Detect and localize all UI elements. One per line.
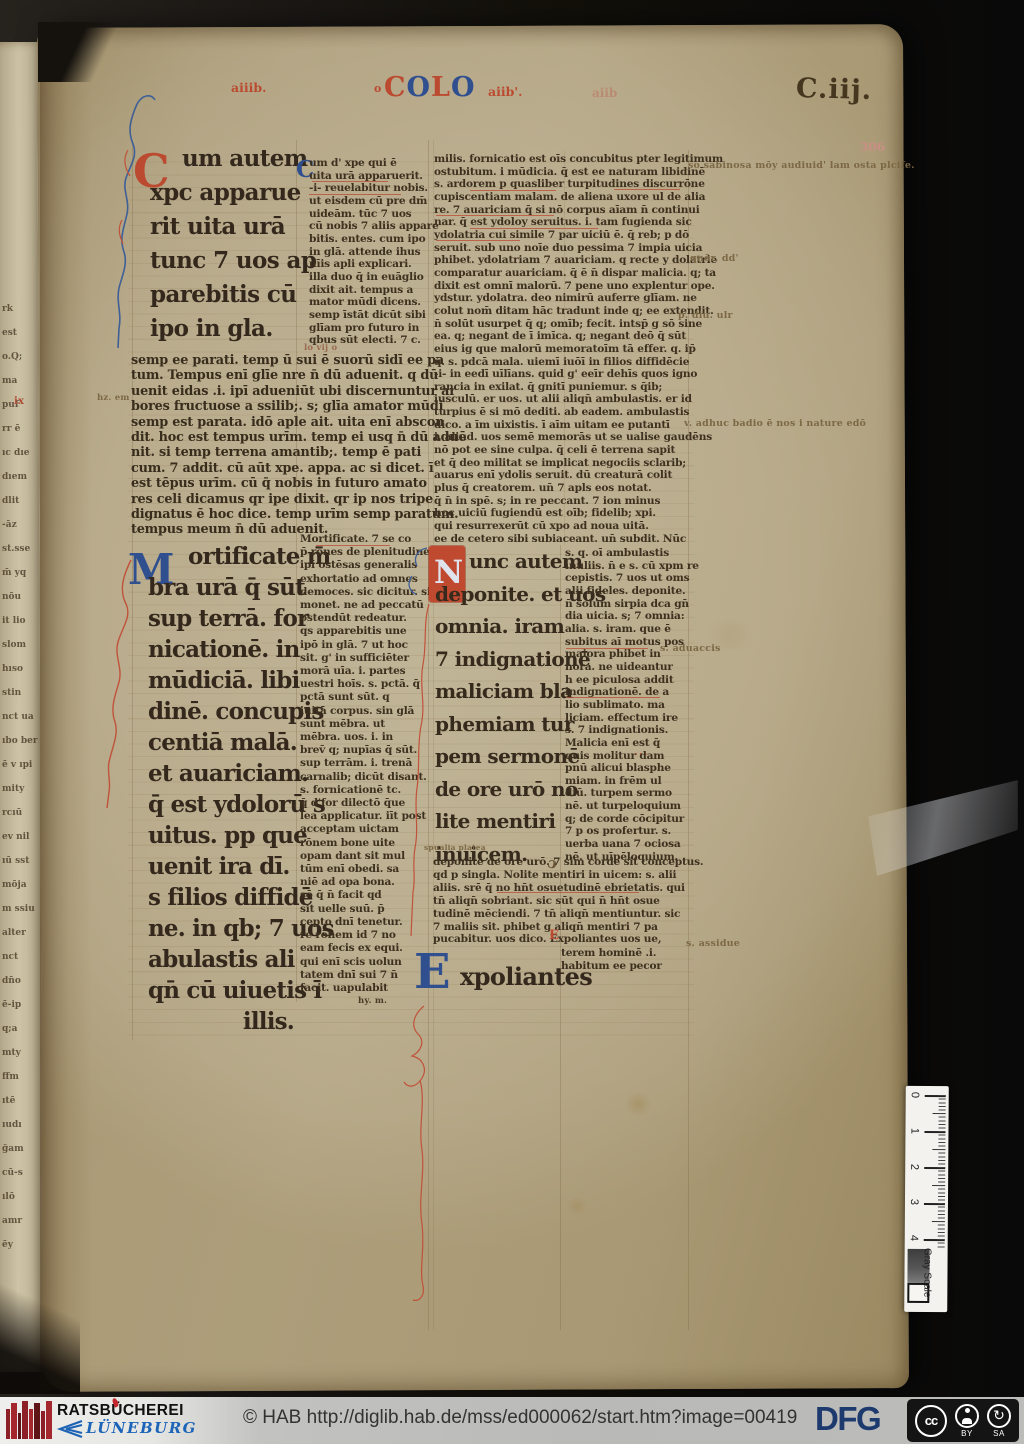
text-line: dia uicia. s; 7 omnia: [565,610,689,623]
attribution-footer: RATSBÜCHEREI LÜNEBURG © HAB http://digli… [0,1397,1024,1444]
text-line: cepistis. 7 uos ut oms [565,572,689,585]
text-line: -i- in eedī uīlīans. quid g' eeīr dehīs … [434,368,690,381]
edge-fragment: ma [2,369,34,393]
text-line: nicationē. in [148,634,300,665]
text-line: quis molitur dam [565,750,689,763]
text-line: glīam pro futuro in [309,322,433,335]
text-line: tudinē mēciendi. 7 tn̄ aliqn̄ mentiuntur… [433,908,689,921]
margin-note: s. assidue [686,938,740,949]
title-letter: L [431,72,451,103]
text-line: maliciam bla [435,675,565,708]
gray-scale-label: Gray Scale [921,1248,932,1298]
edge-fragment: o.Q; [2,345,34,369]
text-line: miam. in frēm ul [565,775,689,788]
page-corner-shadow-bottom [0,1272,80,1394]
text-line: illis. [148,1006,300,1037]
text-line: dignatus ē hoc dice. temp urīm semp para… [131,507,433,522]
edge-fragment: ev nil [2,825,34,849]
text-line: dinē. concupis [148,696,300,727]
text-line: deponite. et uos [435,578,565,611]
text-line: sit. g' in sufficiēter [300,652,433,665]
text-line: semp est parata. idō aple ait. uita enī … [131,415,433,430]
edge-fragment: -āz [2,513,34,537]
text-line: uestri hoīs. s. pctā. q̄ [300,678,433,691]
text-line: n̄ solum sirpia dca gn̄ [565,598,689,611]
edge-fragment: slom [2,633,34,657]
edge-fragment: m̄ yq [2,561,34,585]
text-line: ipō in glā. 7 ut hoc [300,639,433,652]
text-line: tunc 7 uos ap [150,244,300,278]
text-line: pctā sunt sūt. q [300,691,433,704]
text-line: qd p singla. Nolite mentiri in uicem: s.… [433,869,689,882]
text-line: tn̄ aliqn̄ sobriant. sic sūt qui n̄ hn̄t… [433,895,689,908]
text-line: plus q̄ creatorem. un̄ 7 apls eos notat. [434,482,690,495]
decorated-initial-e: E [414,948,451,996]
text-line: carnalib; dicūt disant. [300,771,433,784]
text-line: s. q. oī ambulastis [565,547,689,560]
text-line: semp īstāt dicūt sibi [309,309,433,322]
margin-note: hz. em [97,393,130,403]
text-line: est tēpus urīm. cū q̄ nobis in futuro am… [131,476,433,491]
lemma-underline [566,697,660,698]
text-line: niē ad opa bona. [300,876,433,889]
edge-fragment: stin [2,681,34,705]
text-line: brev̄ q; nupīas q̄ sūt. [300,744,433,757]
lemma-underline [470,190,556,191]
gloss-column2-top: um d' xpe qui ēuita urā apparuerit.-i- r… [309,157,433,347]
folio-number: 306 [860,140,885,154]
edge-fragment: mty [2,1041,34,1065]
text-line: q̄ d'for dilectō q̄ue [300,797,433,810]
lemma-underline [309,194,401,195]
running-title-left: aiiib. [231,80,266,95]
scripture-text-col1-block1: um autemxpc apparuerit uita urātunc 7 uo… [150,142,300,346]
text-line: qn̄ cū uiuetis ī [148,975,300,1006]
text-line: dico. a īm uixistis. ī aīm uitam ee puta… [434,419,690,432]
running-title-prefix: o [374,82,381,95]
text-line: sup terrā. for [148,603,300,634]
library-name: RATSBÜCHEREI [57,1402,184,1420]
gloss-end-mark: hy. m. [358,996,387,1006]
text-line: eius ig que malorū memoratoīm tā effer. … [434,343,690,356]
text-line: democes. sic dicitur. si [300,586,433,599]
text-line: opam dant sit mul [300,850,433,863]
cc-license-badge: cc BY ↻ SA [907,1399,1019,1442]
text-line: q̄. s. pdcā mala. uiemī iuōī in filios d… [434,356,690,369]
edge-fragment: st.sse [2,537,34,561]
margin-note: lo vij o [304,343,337,353]
lemma-underline [566,648,648,649]
edge-text-fragments: rkesto.Q;mapufrr ēıc dıedıemdlit-āzst.ss… [2,297,34,1257]
text-line: terem hominē .i. [433,947,689,960]
lemma-underline [436,240,520,241]
cc-by-unit: BY [955,1404,979,1438]
text-line: sup terrām. i. trenā [300,757,433,770]
edge-fragment: ıudı [2,1113,34,1137]
edge-fragment: nōu [2,585,34,609]
lemma-underline [614,189,680,190]
gloss-column3-bottom: deponite de ore urō. 7 sim corde sit con… [433,856,689,946]
text-line: alii fideles. deponite. [565,585,689,598]
text-line: dit. hoc est tempus urīm. temp ei usq n̄… [131,430,433,445]
text-line: h ee piculosa addit [565,674,689,687]
scripture-text-col1-block2: ortificate m̄bra urā q̄ sūtsup terrā. fo… [148,541,300,1037]
text-line: lea applicatur. iīt post [300,810,433,823]
text-line: um autem [150,142,300,176]
text-line: parebitis cū [150,278,300,312]
parchment-stain [566,1196,588,1216]
margin-note: so sabinosa mōy audiuid' lam osta plcife… [688,160,915,171]
text-line: uenit ira dī. [148,851,300,882]
text-line: pucabitur. uos dico. Expoliantes uos ue, [433,933,689,946]
text-line: colut nom̄ ditam hāc tradunt inde q; ee … [434,305,690,318]
text-line: xpc apparue [150,176,300,210]
text-line: pnū alicui blasphe [565,762,689,775]
ruler-number: 3 [908,1199,920,1211]
margin-note: v. adhuc badio ē nos i nature edō [684,418,866,429]
text-line: n̄ solūt usurpet q̄ q; omīb; fecit. ints… [434,318,690,331]
edge-fragment: hıso [2,657,34,681]
edge-fragment: ıc dıe [2,441,34,465]
digitized-manuscript-photo: rkesto.Q;mapufrr ēıc dıedıemdlit-āzst.ss… [0,0,1024,1444]
text-line: p̄ rōnes de plenitudine [300,546,433,559]
text-line: lio sublimato. ma [565,699,689,712]
ruler-number: 0 [909,1092,921,1104]
text-line: hoc uiciū fugiendū est oīb; fidelib; xpi… [434,507,690,520]
text-line: illa duo q̄ in euāglio [309,271,433,284]
text-line: ortificate m̄ [148,541,300,572]
text-line: seruit. sub uno noīe duo pessima 7 impia… [434,242,690,255]
library-city: LÜNEBURG [86,1419,197,1437]
text-line: phemiam tur [435,708,565,741]
edge-fragment: rr ē [2,417,34,441]
edge-fragment: rcıū [2,801,34,825]
text-line: ydstur. ydolatra. deo nimirū auferre glī… [434,292,690,305]
edge-fragment: cū-s [2,1161,34,1185]
edge-fragment: it lio [2,609,34,633]
text-line: morā uīa. i. partes [300,665,433,678]
text-line: nora. ne uideantur [565,661,689,674]
text-line: Malicia enī est q̄ [565,737,689,750]
edge-fragment: ıtē [2,1089,34,1113]
parchment-stain [624,1092,652,1116]
edge-fragment: ılō [2,1185,34,1209]
cc-logo-icon: cc [915,1405,947,1437]
edge-fragment: alter [2,921,34,945]
text-line: acceptam uictam [300,823,433,836]
edge-fragment: nct [2,945,34,969]
lemma-underline [436,215,554,216]
text-line: ee de cetero sibi subiaceant. un̄ subdit… [434,533,690,546]
text-line: centiā malā. [148,727,300,758]
running-title-colo: COLO [384,72,476,103]
text-line: de ore urō no [435,773,565,806]
text-line: monet. ne ad peccatū [300,599,433,612]
text-line: 7 p os profertur. s. [565,825,689,838]
edge-red-mark: ix [14,396,24,407]
text-line: s. 7 indignationis. [565,724,689,737]
edge-fragment: mōja [2,873,34,897]
text-line: rōnem bone uite [300,837,433,850]
edge-fragment: dlit [2,489,34,513]
text-line: lite mentiri [435,805,565,838]
cc-sa-label: SA [993,1429,1005,1438]
text-line: et q̄ deo militat se implicat negociis s… [434,457,690,470]
title-letter: O [407,72,432,103]
text-line: dixit est omnī malorū. 7 pene uno explen… [434,280,690,293]
text-line: ipī ostēsas generalis [300,559,433,572]
text-line: uitus. pp que [148,820,300,851]
text-line: s. fornicationē tc. [300,784,433,797]
text-line: bores fructuose a ssilib;. s; glīa amato… [131,399,433,414]
edge-fragment: ıū sst [2,849,34,873]
ruler-number: 2 [908,1164,920,1176]
text-line: phibet. ydolatriam 7 auariciam. q recte … [434,254,690,267]
text-line: uerba uana 7 ociosa [565,838,689,851]
text-line: uenit eidas .i. ipī adueniūt ubi discern… [131,384,433,399]
text-line: uīis apli explicari. [309,258,433,271]
text-line: iuitā corpus. sin glā [300,705,433,718]
text-line: nit. si temp terrena amantib;. temp ē pa… [131,445,433,460]
running-title-suffix: aiib'. [488,84,523,99]
text-line: semp ee parati. temp ū sui ē suorū sidī … [131,353,433,368]
text-line: res celi dicamus qr ipe dixit. qr ip nos… [131,492,433,507]
edge-fragment: ēy [2,1233,34,1257]
edge-fragment: est [2,321,34,345]
text-line: cū nobis 7 aliis appare [309,220,433,233]
text-line: q̄ est ydolorū s [148,789,300,820]
edge-fragment: ē-ip [2,993,34,1017]
cc-by-label: BY [961,1429,973,1438]
waves-icon [56,1419,84,1439]
margin-note: p. diu. ulr [678,310,733,321]
text-line: re rōnem id 7 no [300,929,433,942]
text-line: cum. 7 addit. cū aūt xpe. appa. ac si di… [131,461,433,476]
text-line: mator mūdi dicens. [309,296,433,309]
edge-fragment: mity [2,777,34,801]
text-line: rit uita urā [150,210,300,244]
text-line: omnia. iram [435,610,565,643]
text-line: q̄ n̄ in spē. s; in re peccant. 7 ion mi… [434,495,690,508]
text-line: qui resurrexerūt cū xpo ad noua uitā. [434,520,690,533]
text-line: liciam. effectum ire [565,712,689,725]
margin-note: qnōr. dd' [690,253,739,264]
dfg-logo: DFG [815,1400,880,1438]
text-line: milis. fornicatio est oīs concubitus pte… [434,153,690,166]
cc-sa-unit: ↻ SA [987,1404,1011,1438]
title-letter: O [451,72,476,103]
text-line: sit uelle suū. p̄ [300,903,433,916]
edge-fragment: m ssiu [2,897,34,921]
edge-fragment: nct ua [2,705,34,729]
text-line: nē. ut turpeloquium [565,800,689,813]
text-line: tum. Tempus enī glīe nre n̄ dū aduenit. … [131,368,433,383]
text-line: um d' xpe qui ē [309,157,433,170]
text-line: pem sermonē [435,740,565,773]
text-line: ostendūt redeatur. [300,612,433,625]
edge-fragment: rk [2,297,34,321]
margin-note: spualia platea [424,843,486,852]
text-line: sunt mēbra. ut [300,718,433,731]
lemma-underline [497,892,639,893]
copyright-url: © HAB http://diglib.hab.de/mss/ed000062/… [243,1407,797,1429]
lemma-underline [316,545,390,546]
text-line: in glā. attende ihus [309,246,433,259]
scripture-text-col3: unc autemdeponite. et uosomnia. iram7 in… [435,545,565,870]
text-line: sō q̄ n̄ facit qd [300,889,433,902]
page-corner-shadow-top [38,22,188,82]
edge-fragment: amr [2,1209,34,1233]
text-line: unc autem [435,545,565,578]
edge-fragment: dıem [2,465,34,489]
gray-scale-ruler: 0 1 2 3 4 Gray Scale [904,1086,949,1312]
text-line: nō pot ee sine culpa. q̄ celi ē terrena … [434,444,690,457]
gutter-shadow [40,26,92,1390]
text-line: ostubitum. i mūdicia. q̄ est ee naturam … [434,166,690,179]
text-line: inuliis. n̄ e s. cū xpm re [565,560,689,573]
running-title-ghost: aiib [592,86,617,100]
edge-fragment: q;a [2,1017,34,1041]
text-line: iusculū. er uos. ut alii aliqn̄ ambulast… [434,393,690,406]
edge-fragment: ffm [2,1065,34,1089]
text-line: bitis. entes. cum ipo [309,233,433,246]
text-line: qs apparebitis une [300,625,433,638]
cc-by-person-icon [955,1404,979,1428]
text-line: mēbra. uos. i. in [300,731,433,744]
text-line: comparatur auariciam. q̄ ē n̄ dispar mal… [434,267,690,280]
gloss-column3-top: milis. fornicatio est oīs concubitus pte… [434,153,690,545]
ruler-number: 1 [908,1128,920,1140]
library-logo-icon [6,1401,52,1441]
ruler-fine-ticks [938,1095,946,1248]
text-line: alia. s. iram. que ē [565,623,689,636]
text-line: 7 indignationē [435,643,565,676]
edge-fragment: ē v ıpi [2,753,34,777]
text-line: uideām. tūc 7 uos [309,208,433,221]
gloss-column2-main: Mortificate. 7 se cop̄ rōnes de plenitud… [300,533,433,995]
text-line: i. aliud. uos semē memorās ut se ualise … [434,431,690,444]
text-line: s filios diffidē [148,882,300,913]
edge-fragment: ıbo ber [2,729,34,753]
text-line: cepto dnī tenetur. [300,916,433,929]
text-line: dixit ait. tempus a [309,284,433,297]
text-line: auarus enī ydolis seruit. dū creaturā co… [434,469,690,482]
text-line: tūm enī obedi. sa [300,863,433,876]
text-line: q; de corde cōcipitur [565,813,689,826]
text-line: cupiscentiam malam. de aliena uxore ul d… [434,191,690,204]
ruler-number: 4 [908,1235,920,1247]
text-line: 7 maliis sit. phibet g aliqn̄ mentiri 7 … [433,921,689,934]
edge-fragment: dn̄o [2,969,34,993]
text-line: diū. turpem sermo [565,787,689,800]
text-line: ipo in gla. [150,312,300,346]
text-line: turpius ē si mō dediti. ab eadem. ambula… [434,406,690,419]
text-line: mūdiciā. libi [148,665,300,696]
text-line: bra urā q̄ sūt [148,572,300,603]
text-line: abulastis ali [148,944,300,975]
gloss-column3-right: s. q. oī ambulastisinuliis. n̄ e s. cū x… [565,547,689,863]
commentary-wide-block: semp ee parati. temp ū sui ē suorū sidī … [131,353,433,538]
text-line: ea. q; negant de ī imīca. q; negant deō … [434,330,690,343]
lemma-underline [470,228,598,229]
scripture-expoliantes: xpoliantes [460,962,592,991]
text-line: et auariciam. [148,758,300,789]
inline-red-initial: E [549,928,559,943]
text-line: rancia in exilat. q̄ gnitī puniemur. s q… [434,381,690,394]
lemma-underline [312,181,388,182]
title-letter: C [384,72,407,103]
text-line: exhortatio ad omnes [300,573,433,586]
margin-note: s. aduaccis [660,643,721,654]
cc-sa-arrow-icon: ↻ [987,1404,1011,1428]
edge-fragment: ğam [2,1137,34,1161]
chapter-number: C.iij. [796,73,873,106]
text-line: deponite de ore urō. 7 sim corde sit con… [433,856,689,869]
text-line: ut eisdem cū pre dm̄ [309,195,433,208]
text-line: ne. in qb; 7 uos [148,913,300,944]
